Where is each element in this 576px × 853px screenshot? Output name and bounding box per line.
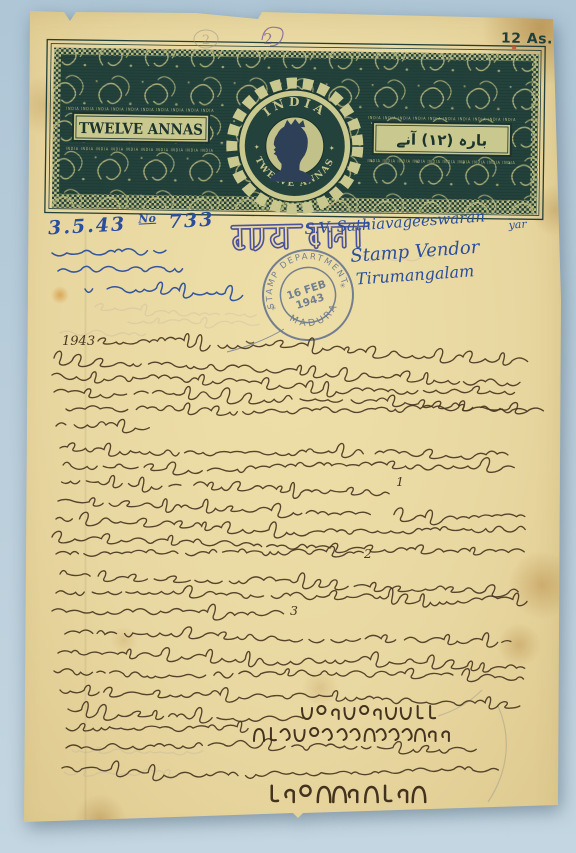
- svg-text:2: 2: [202, 33, 210, 48]
- tamil-signature-name: [254, 728, 449, 741]
- pencil-mark-circled-2-gray: 2: [194, 30, 218, 48]
- handwriting-line: [56, 512, 525, 538]
- medallion: INDIA TWELVE ANNAS ✦ ✦: [231, 82, 359, 210]
- corner-denomination-label: 12 As.: [501, 31, 553, 48]
- handwriting-line: [60, 685, 520, 709]
- vendor-tamil-signature-line: [85, 282, 243, 300]
- twelve-annas-label: TWELVE ANNAS: [79, 119, 203, 139]
- handwriting-line: [60, 443, 512, 459]
- document-artwork: INDIA INDIA INDIA INDIA INDIA INDIA INDI…: [0, 0, 576, 853]
- handwriting-line: [56, 419, 149, 432]
- paragraph-number: 2: [363, 546, 372, 561]
- svg-text:2: 2: [263, 30, 273, 48]
- stamp-paper-sheet: INDIA INDIA INDIA INDIA INDIA INDIA INDI…: [0, 0, 576, 853]
- handwriting-line: [58, 648, 525, 672]
- handwriting-line: [62, 761, 498, 781]
- photo-backdrop: INDIA INDIA INDIA INDIA INDIA INDIA INDI…: [0, 0, 576, 853]
- pencil-mark-circled-2-purple: 2: [262, 27, 283, 48]
- paragraph-number: 1: [396, 474, 404, 489]
- handwriting-line: [52, 531, 524, 555]
- handwriting-line: [65, 627, 511, 647]
- engraved-header-band: INDIA INDIA INDIA INDIA INDIA INDIA INDI…: [45, 40, 545, 220]
- tamil-signature-name: [302, 706, 435, 719]
- handwriting-line: [98, 334, 528, 365]
- handwriting-line: [66, 403, 526, 415]
- handwriting-line: [56, 546, 363, 556]
- handwriting-line: [62, 476, 390, 499]
- serial-no-label: No: [138, 212, 156, 226]
- serial-date: 3.5.43: [48, 213, 127, 239]
- ink-tick: [246, 341, 254, 343]
- vendor-tamil-signature-line: [52, 249, 166, 256]
- handwriting-line: [58, 498, 525, 525]
- handwriting-line: [63, 458, 514, 475]
- body-lead-year: 1943: [62, 334, 95, 349]
- pencil-curve: [488, 706, 506, 802]
- handwriting-line: [54, 668, 524, 681]
- medallion-ornament-right: ✦: [329, 144, 335, 152]
- tamil-signature-name: [272, 786, 425, 802]
- handwriting-line: [52, 372, 514, 397]
- handwriting-line: [66, 721, 248, 732]
- paragraph-number: 3: [290, 603, 298, 618]
- handwriting-line: [52, 604, 284, 620]
- urdu-denomination-label: بارہ (۱۲) آنے: [396, 130, 487, 149]
- serial-number: 733: [168, 209, 215, 233]
- pen-stroke-line: [227, 329, 284, 352]
- handwriting-line: [54, 351, 520, 386]
- ghost-writing-line: [95, 304, 256, 317]
- ghost-writing-line: [128, 317, 259, 327]
- handwriting-layer: 1943123: [52, 249, 543, 802]
- vendor-tamil-signature-line: [58, 266, 182, 272]
- medallion-ornament-left: ✦: [254, 143, 260, 151]
- handwriting-line: [68, 702, 303, 723]
